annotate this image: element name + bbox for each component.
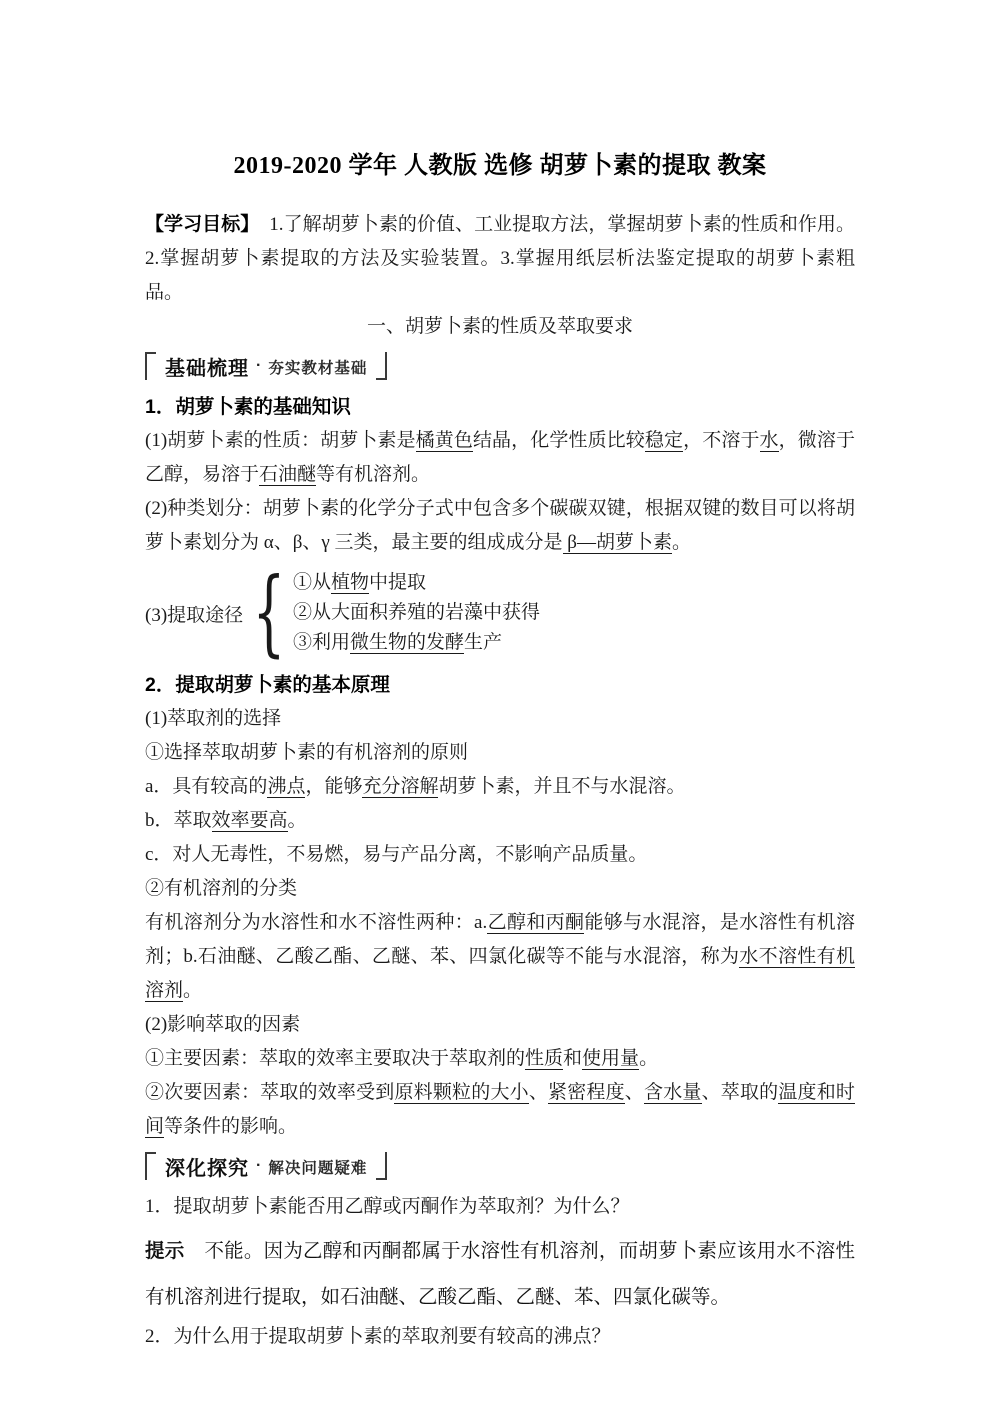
banner-dot: · xyxy=(256,357,261,375)
tip-answer: 提示不能。因为乙醇和丙酮都属于水溶性有机溶剂，而胡萝卜素应该用水不溶性有机溶剂进… xyxy=(145,1228,855,1320)
banner-explore-title: 深化探究 xyxy=(165,1152,249,1181)
para-solvent-class-detail: 有机溶剂分为水溶性和水不溶性两种：a.乙醇和丙酮能够与水混溶，是水溶性有机溶剂；… xyxy=(145,906,855,1008)
extraction-paths-block: (3)提取途径 { ①从植物中提取 ②从大面积养殖的岩藻中获得 ③利用微生物的发… xyxy=(145,568,855,658)
banner-basics-subtitle: 夯实教材基础 xyxy=(268,354,367,378)
question-1: 1．提取胡萝卜素能否用乙醇或丙酮作为萃取剂？为什么？ xyxy=(145,1190,855,1224)
learning-objectives: 【学习目标】1.了解胡萝卜素的价值、工业提取方法，掌握胡萝卜素的性质和作用。2.… xyxy=(145,208,855,310)
banner-explore-subtitle: 解决问题疑难 xyxy=(268,1154,367,1178)
para-carotene-types: (2)种类划分：胡萝卜素的化学分子式中包含多个碳碳双键，根据双键的数目可以将胡萝… xyxy=(145,492,855,560)
learning-objectives-label: 【学习目标】 xyxy=(145,214,259,235)
para-factor-minor: ②次要因素：萃取的效率受到原料颗粒的大小、紧密程度、含水量、萃取的温度和时间等条… xyxy=(145,1076,855,1144)
extraction-path-item: ③利用微生物的发酵生产 xyxy=(293,628,540,658)
corner-bracket-open-icon xyxy=(145,352,156,380)
brace-icon: { xyxy=(253,568,286,658)
para-factor-main: ①主要因素：萃取的效率主要取决于萃取剂的性质和使用量。 xyxy=(145,1042,855,1076)
section-heading: 一、胡萝卜素的性质及萃取要求 xyxy=(145,310,855,344)
extraction-paths-label: (3)提取途径 xyxy=(145,600,243,627)
extraction-paths-items: ①从植物中提取 ②从大面积养殖的岩藻中获得 ③利用微生物的发酵生产 xyxy=(293,568,540,658)
para-extraction-factors: (2)影响萃取的因素 xyxy=(145,1008,855,1042)
banner-basics: 基础梳理 · 夯实教材基础 xyxy=(145,351,855,381)
corner-bracket-open-icon xyxy=(145,1152,156,1180)
page-title: 2019-2020 学年 人教版 选修 胡萝卜素的提取 教案 xyxy=(145,148,855,184)
tip-label: 提示 xyxy=(145,1240,184,1262)
corner-bracket-close-icon xyxy=(376,1152,387,1180)
document-page: 2019-2020 学年 人教版 选修 胡萝卜素的提取 教案 【学习目标】1.了… xyxy=(0,0,1000,1414)
banner-basics-title: 基础梳理 xyxy=(165,352,249,381)
para-carotene-properties: (1)胡萝卜素的性质：胡萝卜素是橘黄色结晶，化学性质比较稳定，不溶于水，微溶于乙… xyxy=(145,424,855,492)
tip-text: 不能。因为乙醇和丙酮都属于水溶性有机溶剂，而胡萝卜素应该用水不溶性有机溶剂进行提… xyxy=(145,1240,855,1308)
banner-explore: 深化探究 · 解决问题疑难 xyxy=(145,1151,855,1181)
para-solvent-rule: ①选择萃取胡萝卜素的有机溶剂的原则 xyxy=(145,736,855,770)
heading-extraction-principle: 2．提取胡萝卜素的基本原理 xyxy=(145,668,855,702)
extraction-path-item: ①从植物中提取 xyxy=(293,568,540,598)
question-2: 2．为什么用于提取胡萝卜素的萃取剂要有较高的沸点？ xyxy=(145,1320,855,1354)
para-extractant-selection: (1)萃取剂的选择 xyxy=(145,702,855,736)
para-rule-c: c．对人无毒性，不易燃，易与产品分离，不影响产品质量。 xyxy=(145,838,855,872)
para-rule-b: b．萃取效率要高。 xyxy=(145,804,855,838)
para-rule-a: a．具有较高的沸点，能够充分溶解胡萝卜素，并且不与水混溶。 xyxy=(145,770,855,804)
corner-bracket-close-icon xyxy=(376,352,387,380)
extraction-path-item: ②从大面积养殖的岩藻中获得 xyxy=(293,598,540,628)
heading-basic-knowledge: 1．胡萝卜素的基础知识 xyxy=(145,390,855,424)
banner-dot: · xyxy=(256,1157,261,1175)
para-solvent-class: ②有机溶剂的分类 xyxy=(145,872,855,906)
